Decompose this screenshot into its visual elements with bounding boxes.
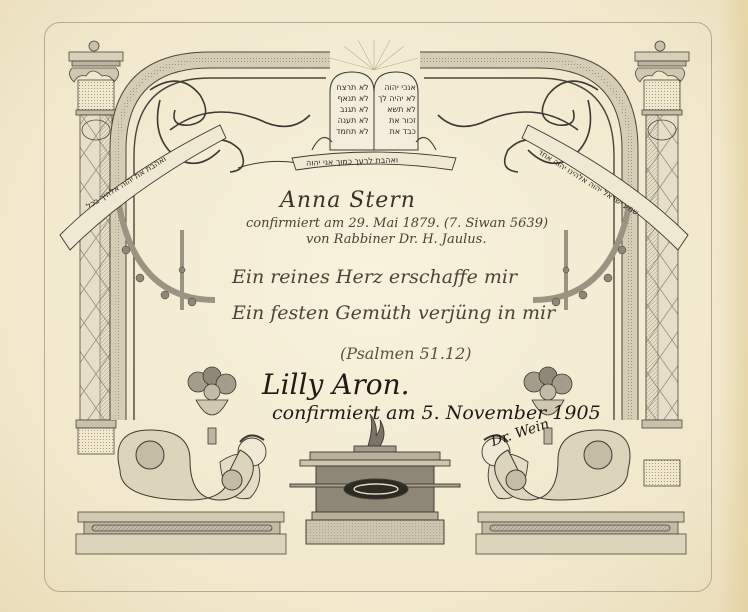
tablet-line: זכור את bbox=[378, 115, 416, 126]
confirmation-date-line: confirmiert am 29. Mai 1879. (7. Siwan 5… bbox=[246, 216, 548, 231]
tablet-line: לא תנאף bbox=[336, 93, 369, 104]
ten-commandments-tablets bbox=[312, 40, 436, 150]
left-garland bbox=[118, 200, 215, 310]
left-arch bbox=[110, 52, 330, 420]
right-base bbox=[476, 512, 686, 554]
tablet-left-text: לא תרצח לא תנאף לא תגנב לא תענה לא תחמד bbox=[336, 82, 369, 137]
tablet-line: כבד את bbox=[378, 126, 416, 137]
left-base bbox=[76, 512, 286, 554]
tablet-right-text: אנכי יהוה לא יהיה לך לא תשא זכור את כבד … bbox=[378, 82, 416, 137]
tablet-line: לא תחמד bbox=[336, 126, 369, 137]
psalm-verse-line-1: Ein reines Herz erschaffe mir bbox=[232, 266, 517, 288]
tablet-line: לא תגנב bbox=[336, 104, 369, 115]
confirmand-name: Anna Stern bbox=[280, 188, 416, 213]
tablet-line: אנכי יהוה bbox=[378, 82, 416, 93]
tablet-line: לא יהיה לך bbox=[378, 93, 416, 104]
right-column bbox=[635, 41, 689, 486]
left-s-scroll bbox=[118, 430, 253, 500]
second-confirmand-name: Lilly Aron. bbox=[262, 368, 410, 401]
ark-of-the-covenant bbox=[290, 414, 460, 544]
tablet-line: לא תענה bbox=[336, 115, 369, 126]
psalm-verse-line-2: Ein festen Gemüth verjüng in mir bbox=[232, 302, 555, 324]
rabbi-line: von Rabbiner Dr. H. Jaulus. bbox=[306, 232, 486, 247]
tablet-line: לא תרצח bbox=[336, 82, 369, 93]
left-urn bbox=[188, 367, 236, 444]
psalm-reference: (Psalmen 51.12) bbox=[340, 344, 472, 363]
tablet-line: לא תשא bbox=[378, 104, 416, 115]
second-confirmation-line: confirmiert am 5. November 1905 bbox=[272, 402, 601, 424]
